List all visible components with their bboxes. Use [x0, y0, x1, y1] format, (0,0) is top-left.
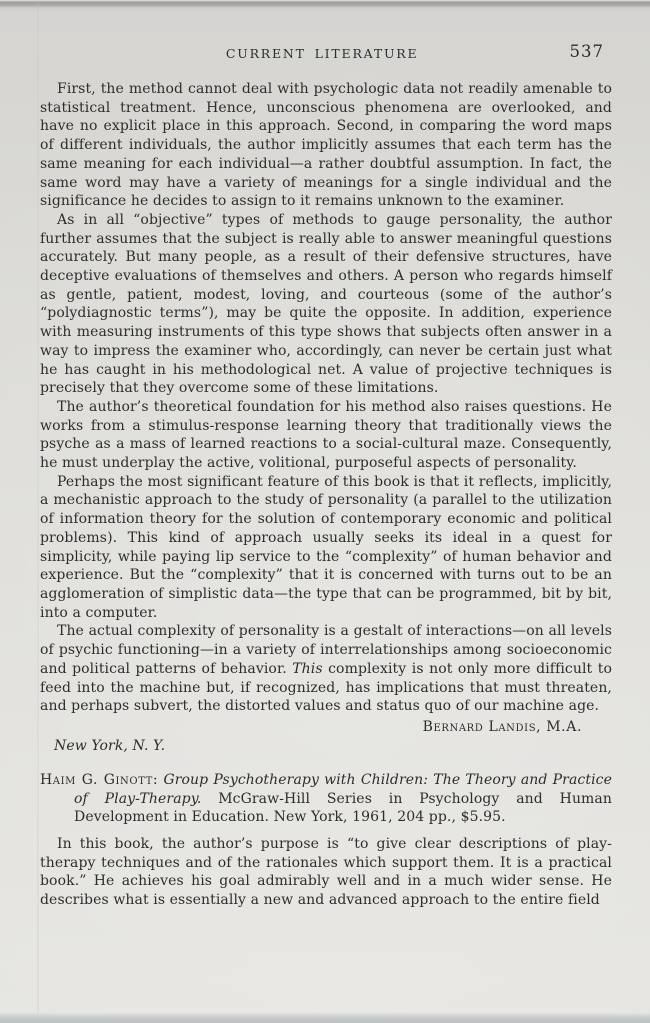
page-number: 537 [570, 42, 605, 61]
review-paragraph: As in all “objective” types of methods t… [40, 211, 612, 398]
review-paragraph: The actual complexity of personality is … [40, 622, 612, 716]
review-paragraph: The author’s theoretical foundation for … [40, 398, 612, 473]
review-body: First, the method cannot deal with psych… [40, 80, 612, 910]
scan-top-edge [0, 0, 650, 13]
scanned-journal-page: CURRENT LITERATURE 537 First, the method… [0, 0, 650, 1023]
page-content: CURRENT LITERATURE 537 First, the method… [40, 44, 612, 910]
book-citation: Haim G. Ginott: Group Psychotherapy with… [40, 771, 612, 826]
emphasized-word: This [292, 661, 322, 677]
review-paragraph: First, the method cannot deal with psych… [40, 80, 612, 211]
review-paragraph: In this book, the author’s purpose is “t… [40, 835, 612, 910]
running-head: CURRENT LITERATURE 537 [40, 44, 612, 63]
review-paragraph: Perhaps the most significant feature of … [40, 473, 612, 623]
running-title: CURRENT LITERATURE [226, 44, 419, 63]
reviewer-signature: Bernard Landis, M.A. [40, 718, 612, 737]
reviewer-location: New York, N. Y. [40, 737, 612, 756]
scan-bottom-edge [0, 1012, 650, 1023]
citation-author: Haim G. Ginott: [40, 772, 158, 788]
